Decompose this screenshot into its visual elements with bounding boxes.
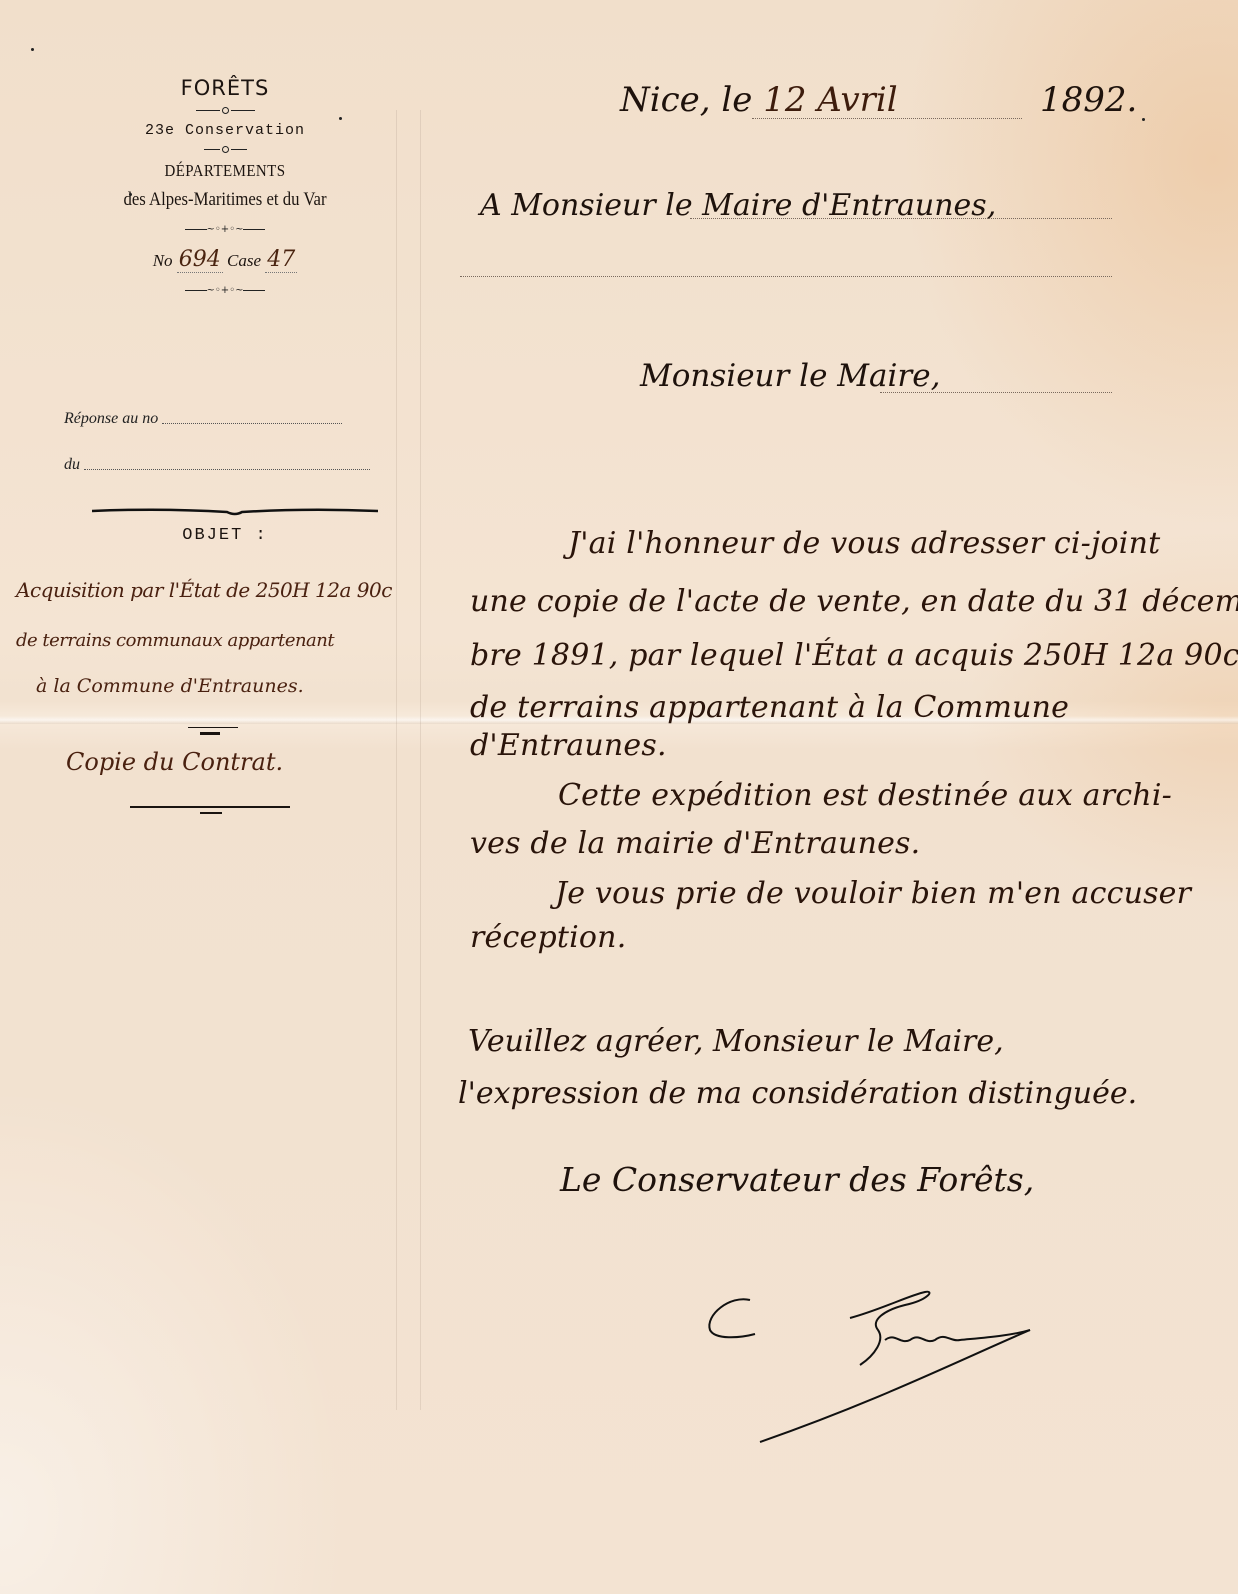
date-day: 12 [763, 80, 806, 120]
ornament-divider: ~◦+◦~ [70, 286, 380, 296]
reply-date-value [84, 468, 370, 470]
number-label: No [153, 251, 173, 270]
reply-date-label: du [64, 456, 80, 474]
ornament-divider [70, 106, 380, 116]
date-place: Nice, le [620, 80, 752, 120]
subject-line-3: à la Commune d'Entraunes. [36, 675, 304, 697]
salutation-dotted-line [880, 392, 1112, 393]
body-line: Je vous prie de vouloir bien m'en accuse… [555, 876, 1191, 911]
reply-number-field: Réponse au no [64, 410, 342, 428]
ink-speck [339, 117, 342, 120]
case-value: 47 [265, 247, 297, 273]
margin-rule [396, 110, 397, 1410]
letter-date: Nice, le 12 Avril 1892. [620, 80, 898, 120]
body-line: d'Entraunes. [470, 728, 667, 763]
service-title: FORÊTS [70, 76, 380, 100]
ornament-divider: ~◦+◦~ [70, 225, 380, 235]
closing-line: Veuillez agréer, Monsieur le Maire, [468, 1024, 1004, 1059]
body-line: ves de la mairie d'Entraunes. [470, 826, 920, 861]
departments-label: DÉPARTEMENTS [89, 161, 362, 181]
date-dotted-line [752, 118, 1022, 119]
letterhead: FORÊTS 23e Conservation DÉPARTEMENTS des… [70, 70, 380, 302]
recipient-dotted-line [690, 218, 1112, 219]
conservation-label: 23e Conservation [70, 122, 380, 139]
body-line: Cette expédition est destinée aux archi- [558, 778, 1172, 813]
body-line: de terrains appartenant à la Commune [470, 690, 1069, 725]
signature [700, 1270, 1060, 1450]
subject-label: OBJET : [70, 526, 380, 545]
date-year: 1892. [1040, 80, 1137, 120]
body-line: réception. [470, 920, 626, 955]
subject-note: Copie du Contrat. [66, 748, 283, 776]
ink-speck [129, 193, 132, 196]
recipient-dotted-line [460, 276, 1112, 277]
body-line: une copie de l'acte de vente, en date du… [470, 584, 1238, 619]
ink-speck [1142, 118, 1145, 121]
closing-line: l'expression de ma considération disting… [458, 1076, 1137, 1111]
reply-label: Réponse au no [64, 410, 158, 428]
letter-page: FORÊTS 23e Conservation DÉPARTEMENTS des… [0, 0, 1238, 1594]
date-month: Avril [817, 80, 897, 120]
salutation: Monsieur le Maire, [640, 358, 940, 394]
subject-line-1: Acquisition par l'État de 250H 12a 90c [16, 578, 392, 602]
body-line: bre 1891, par lequel l'État a acquis 250… [470, 638, 1238, 673]
short-rule [200, 732, 220, 735]
closing-rule [200, 812, 222, 814]
short-rule [188, 727, 238, 728]
ink-speck [31, 48, 34, 51]
case-label: Case [227, 251, 261, 270]
reply-value [162, 422, 342, 424]
subject-line-2: de terrains communaux appartenant [16, 630, 334, 651]
ornament-divider [70, 145, 380, 155]
reply-date-field: du [64, 456, 370, 474]
body-line: J'ai l'honneur de vous adresser ci-joint [568, 526, 1160, 561]
swash-divider [92, 505, 378, 517]
number-value: 694 [177, 247, 223, 273]
signoff: Le Conservateur des Forêts, [560, 1160, 1034, 1199]
reference-number: No 694 Case 47 [70, 247, 380, 272]
margin-rule [420, 110, 421, 1410]
closing-rule [130, 806, 290, 808]
